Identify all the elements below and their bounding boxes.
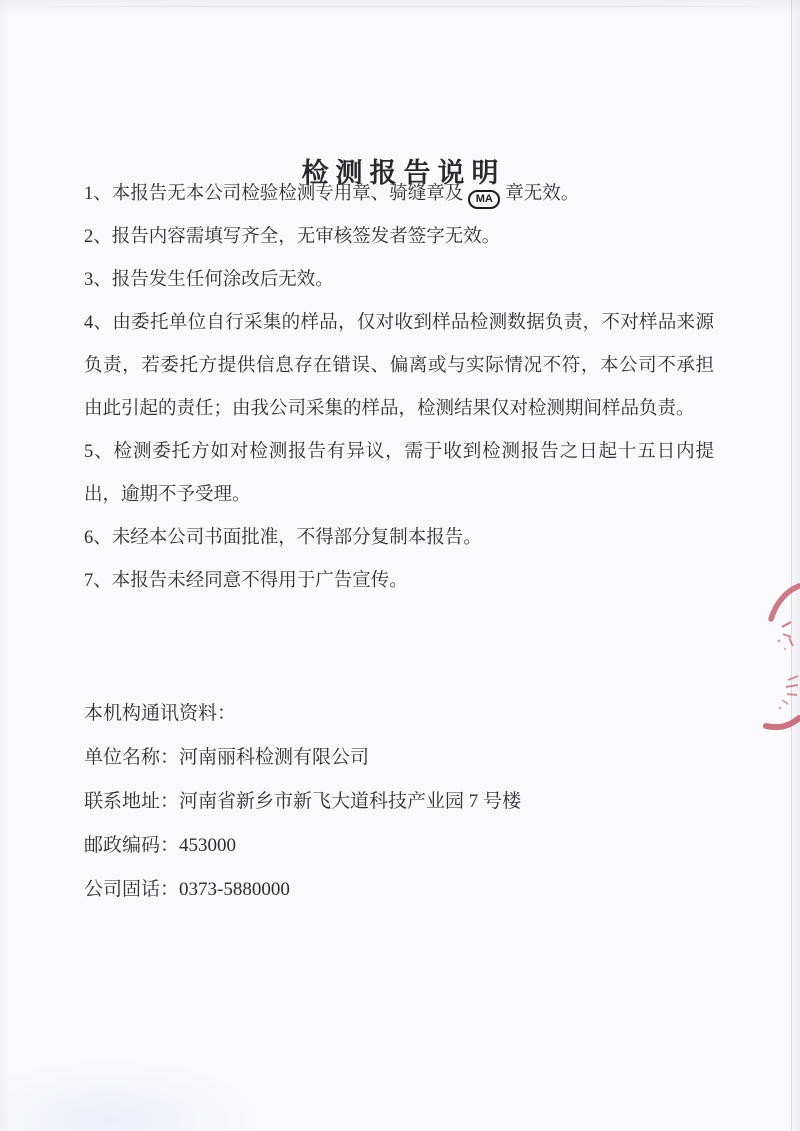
scanned-document-page: { "document": { "title": "检测报告说明", "note… [0, 0, 800, 1131]
red-seal-fragment-lower [752, 670, 800, 748]
contact-row-address: 联系地址：河南省新乡市新飞大道科技产业园 7 号楼 [84, 780, 521, 824]
note-6: 6、未经本公司书面批准，不得部分复制本报告。 [84, 517, 714, 560]
note-1: 1、本报告无本公司检验检测专用章、骑缝章及MA章无效。 [84, 173, 714, 216]
cma-certification-mark-icon: MA [468, 190, 500, 209]
report-notes: 1、本报告无本公司检验检测专用章、骑缝章及MA章无效。 2、报告内容需填写齐全，… [84, 173, 714, 603]
note-1-prefix: 1、本报告无本公司检验检测专用章、骑缝章及 [84, 184, 463, 204]
contact-row-company: 单位名称：河南丽科检测有限公司 [84, 736, 521, 780]
note-3: 3、报告发生任何涂改后无效。 [84, 259, 714, 302]
phone-value: 0373-5880000 [179, 879, 290, 900]
postcode-value: 453000 [179, 835, 236, 856]
note-2: 2、报告内容需填写齐全，无审核签发者签字无效。 [84, 216, 714, 259]
contact-heading: 本机构通讯资料： [84, 692, 521, 736]
note-5-line-1: 5、检测委托方如对检测报告有异议，需于收到检测报告之日起十五日内提 [84, 431, 714, 474]
contact-info-block: 本机构通讯资料： 单位名称：河南丽科检测有限公司 联系地址：河南省新乡市新飞大道… [84, 692, 521, 912]
note-1-suffix: 章无效。 [505, 184, 579, 204]
contact-row-postcode: 邮政编码：453000 [84, 824, 521, 868]
red-seal-fragment-upper [752, 583, 800, 661]
note-4-line-3: 由此引起的责任；由我公司采集的样品，检测结果仅对检测期间样品负责。 [84, 388, 714, 431]
company-name-label: 单位名称： [84, 747, 179, 768]
note-4-line-2: 负责，若委托方提供信息存在错误、偏离或与实际情况不符，本公司不承担 [84, 345, 714, 388]
postcode-label: 邮政编码： [84, 835, 179, 856]
scan-top-edge [0, 6, 800, 7]
phone-label: 公司固话： [84, 879, 179, 900]
company-name-value: 河南丽科检测有限公司 [179, 747, 369, 768]
contact-row-phone: 公司固话：0373-5880000 [84, 868, 521, 912]
address-label: 联系地址： [84, 791, 179, 812]
note-7: 7、本报告未经同意不得用于广告宣传。 [84, 560, 714, 603]
note-4-line-1: 4、由委托单位自行采集的样品，仅对收到样品检测数据负责，不对样品来源 [84, 302, 714, 345]
note-5-line-2: 出，逾期不予受理。 [84, 474, 714, 517]
address-value: 河南省新乡市新飞大道科技产业园 7 号楼 [179, 791, 521, 812]
